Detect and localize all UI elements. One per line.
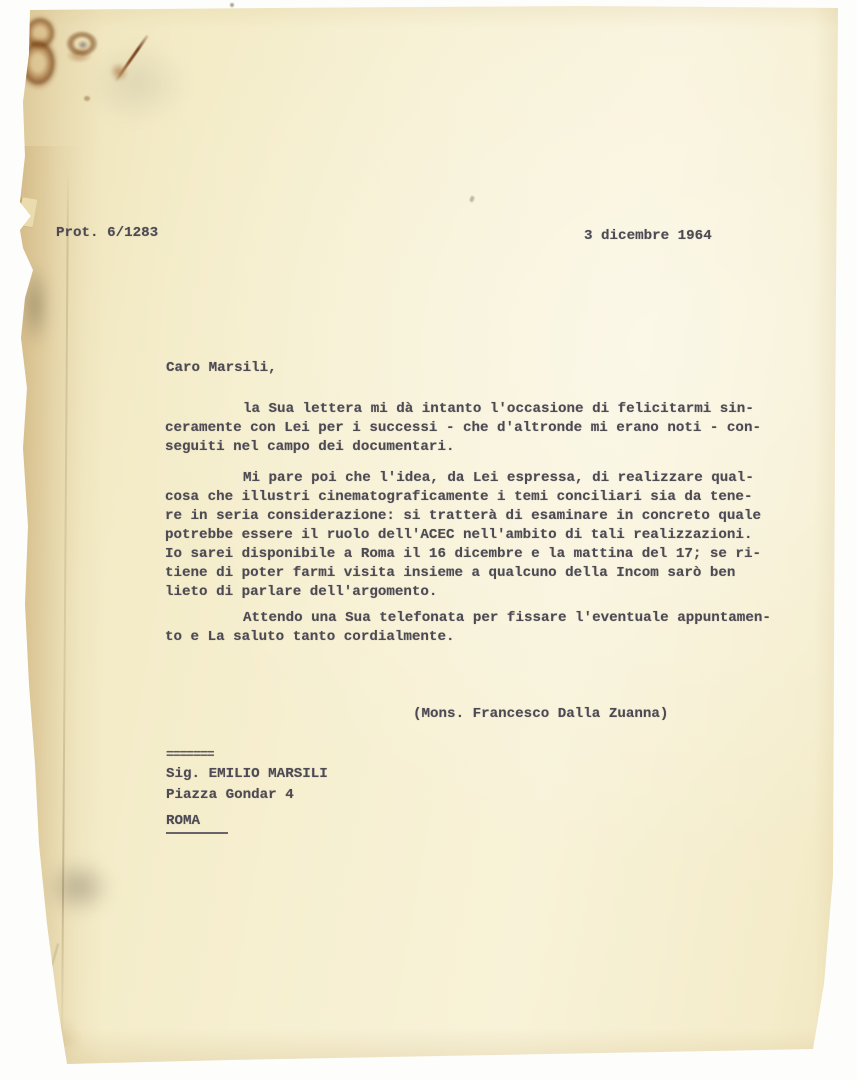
salutation: Caro Marsili, — [166, 359, 277, 378]
body-paragraph: Attendo una Sua telefonata per fissare l… — [165, 609, 797, 647]
signature-line: (Mons. Francesco Dalla Zuanna) — [413, 705, 668, 724]
letter-content: Prot. 6/1283 3 dicembre 1964 Caro Marsil… — [0, 0, 857, 1080]
body-paragraph: Mi pare poi che l'idea, da Lei espressa,… — [165, 469, 797, 602]
recipient-name: Sig. EMILIO MARSILI — [166, 765, 328, 784]
protocol-number: Prot. 6/1283 — [56, 224, 158, 243]
recipient-city: ROMA — [166, 812, 228, 834]
scanned-letter: Prot. 6/1283 3 dicembre 1964 Caro Marsil… — [0, 0, 857, 1080]
letter-date: 3 dicembre 1964 — [584, 227, 712, 246]
recipient-address: Piazza Gondar 4 — [166, 786, 294, 805]
typed-dashes: ======= — [166, 748, 214, 762]
body-paragraph: la Sua lettera mi dà intanto l'occasione… — [165, 400, 797, 457]
